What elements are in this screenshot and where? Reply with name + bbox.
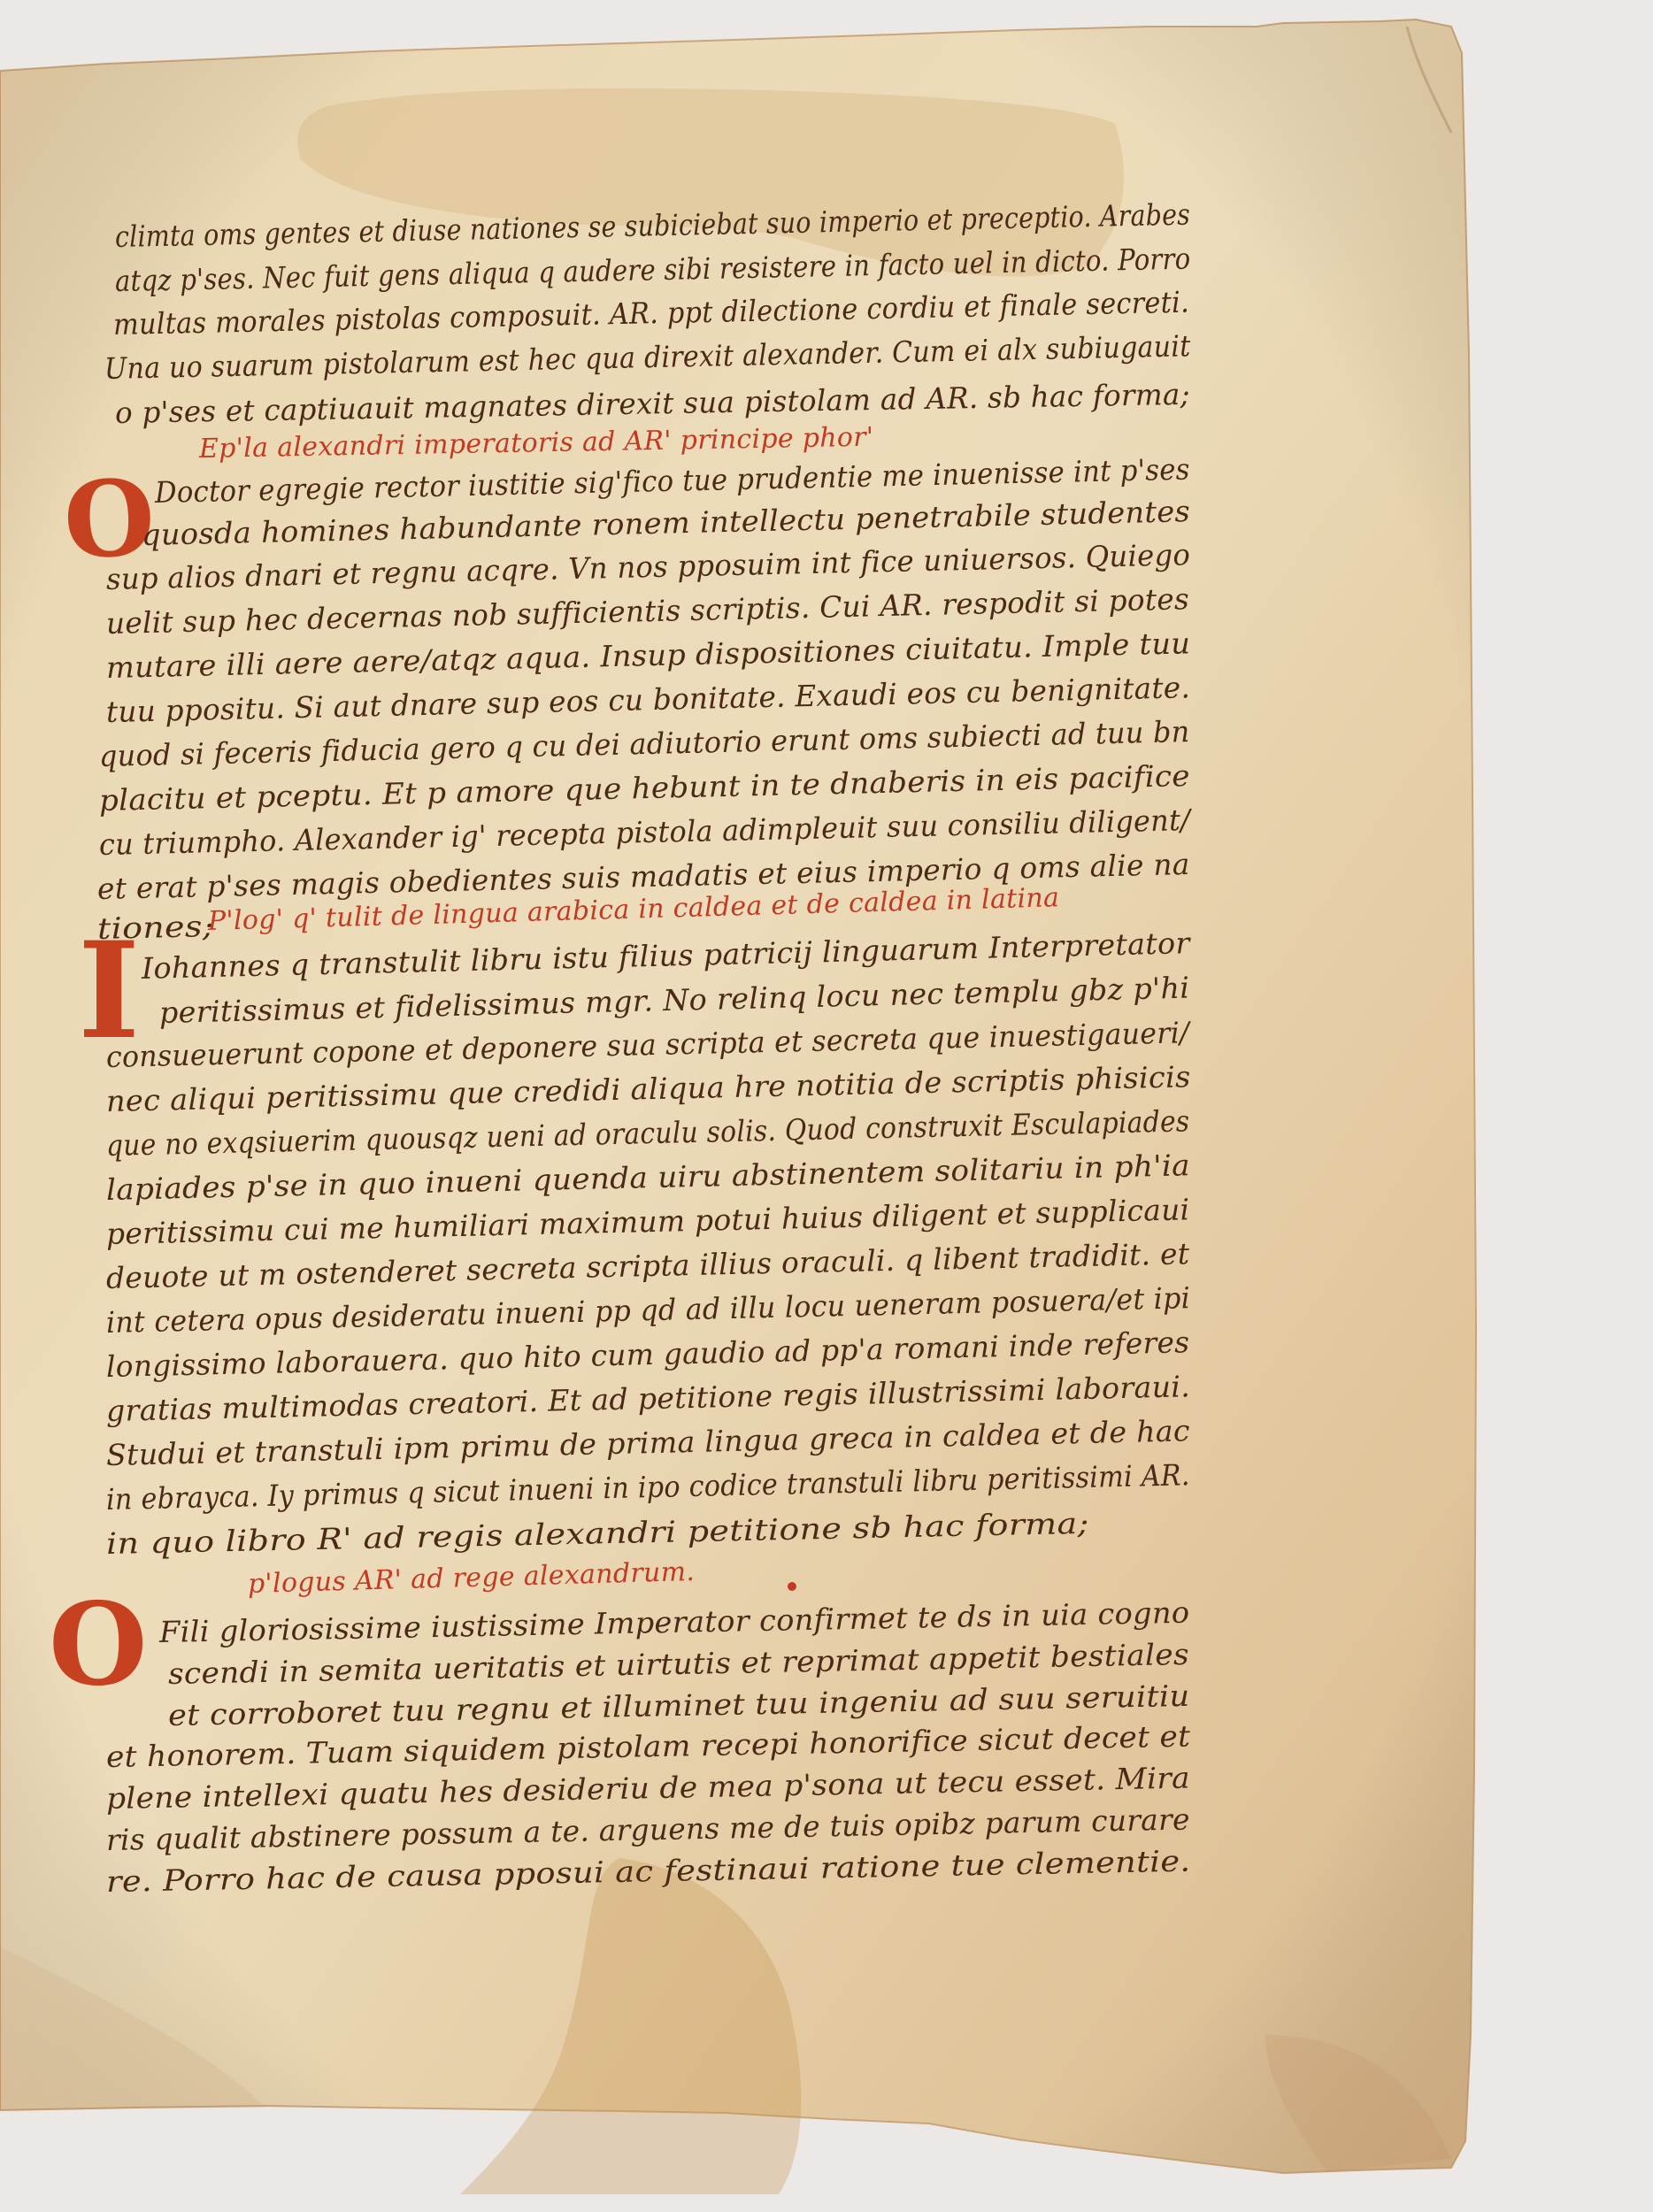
rubric-dot <box>788 1582 796 1591</box>
text-line: o p'ses et captiuauit magnates direxit s… <box>115 377 1190 430</box>
manuscript-text: climta oms gentes et diuse nationes se s… <box>0 0 1653 2212</box>
text-line: in quo libro R' ad regis alexandri petit… <box>106 1506 1089 1561</box>
dropcap-o: O <box>49 1588 148 1701</box>
dropcap-i: I <box>78 925 140 1057</box>
rubric-heading: p'logus AR' ad rege alexandrum. <box>248 1556 696 1600</box>
rubric-heading: Ep'la alexandri imperatoris ad AR' princ… <box>199 422 874 465</box>
